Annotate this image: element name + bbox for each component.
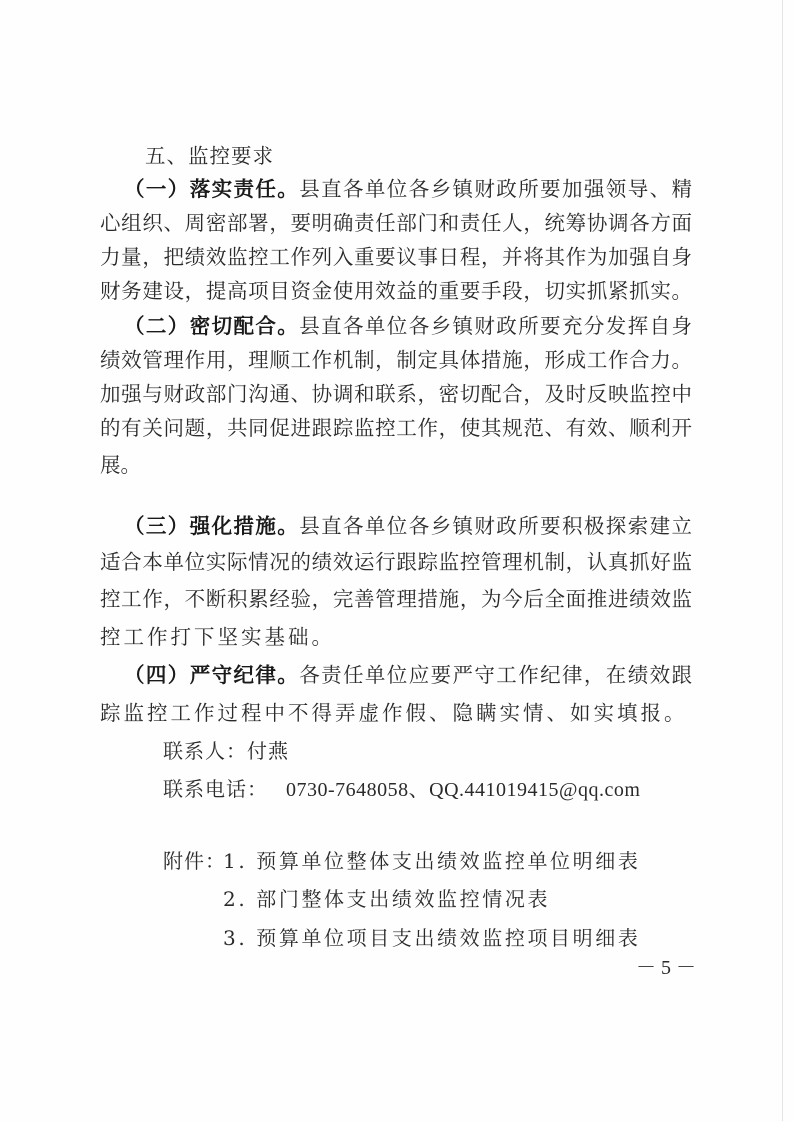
contact-phone-label: 联系电话： <box>163 777 268 801</box>
paragraph-1-line-3: 力量，把绩效监控工作列入重要议事日程，并将其作为加强自身 <box>100 244 692 270</box>
paragraph-3-line-2: 适合本单位实际情况的绩效运行跟踪监控管理机制，认真抓好监 <box>100 549 692 575</box>
document-page: 五、监控要求 （一）落实责任。县直各单位各乡镇财政所要加强领导、精 心组织、周密… <box>0 0 793 1121</box>
attachment-item-3: 3. 预算单位项目支出绩效监控项目明细表 <box>223 925 640 951</box>
paragraph-4-title: （四）严守纪律。 <box>124 663 299 687</box>
contact-phone: 联系电话：0730-7648058、QQ.441019415@qq.com <box>163 776 640 803</box>
paragraph-4-line-1: （四）严守纪律。各责任单位应要严守工作纪律，在绩效跟 <box>124 662 692 688</box>
paragraph-1-title: （一）落实责任。 <box>124 177 299 201</box>
paragraph-1-line-2: 心组织、周密部署，要明确责任部门和责任人，统筹协调各方面 <box>100 210 692 236</box>
paragraph-2-line-5: 展。 <box>100 452 692 478</box>
page-number: － 5 － <box>636 955 696 981</box>
paragraph-2-line-2: 绩效管理作用，理顺工作机制，制定具体措施，形成工作合力。 <box>100 347 692 373</box>
paragraph-2-line-1: （二）密切配合。县直各单位各乡镇财政所要充分发挥自身 <box>124 313 692 339</box>
scan-edge-line <box>782 0 783 1121</box>
paragraph-1-line-4: 财务建设，提高项目资金使用效益的重要手段，切实抓紧抓实。 <box>100 278 692 304</box>
attachment-item-2: 2. 部门整体支出绩效监控情况表 <box>223 886 550 912</box>
paragraph-3-line-1: （三）强化措施。县直各单位各乡镇财政所要积极探索建立 <box>124 513 692 539</box>
paragraph-1-line-1: （一）落实责任。县直各单位各乡镇财政所要加强领导、精 <box>124 176 692 202</box>
contact-person-name: 付燕 <box>247 739 289 763</box>
paragraph-3-title: （三）强化措施。 <box>124 514 299 538</box>
attachment-item-1: 1. 预算单位整体支出绩效监控单位明细表 <box>223 848 640 874</box>
contact-person-label: 联系人： <box>163 739 247 763</box>
paragraph-4-line-2: 踪监控工作过程中不得弄虚作假、隐瞒实情、如实填报。 <box>100 700 692 726</box>
contact-phone-value: 0730-7648058、QQ.441019415@qq.com <box>286 779 640 801</box>
paragraph-2-title: （二）密切配合。 <box>124 314 299 338</box>
paragraph-3-line-4: 控工作打下坚实基础。 <box>100 624 692 650</box>
paragraph-2-line-4: 的有关问题，共同促进跟踪监控工作，使其规范、有效、顺利开 <box>100 415 692 441</box>
section-heading: 五、监控要求 <box>145 143 274 169</box>
paragraph-3-line-3: 控工作，不断积累经验，完善管理措施，为今后全面推进绩效监 <box>100 586 692 612</box>
contact-person: 联系人：付燕 <box>163 738 289 764</box>
paragraph-2-line-3: 加强与财政部门沟通、协调和联系，密切配合，及时反映监控中 <box>100 381 692 407</box>
attachments-label: 附件： <box>163 848 226 874</box>
